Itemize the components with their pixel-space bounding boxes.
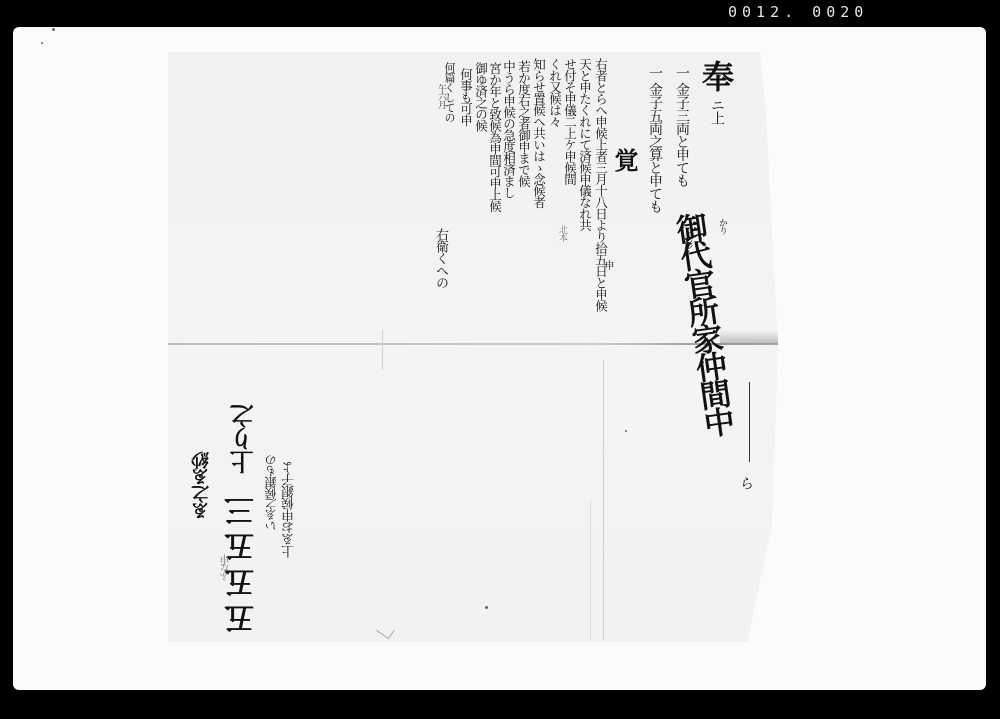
vertical-crease (590, 500, 591, 640)
body-column-1: 右者とらへ申候上者三月十八日より拾五日と申候 (594, 58, 607, 311)
interlinear-note: 申 (602, 260, 612, 269)
body-column-5: 知らせ置候へ共いはゝ念候者 (532, 58, 545, 208)
inverted-large-column: 五五五三 (228, 490, 258, 634)
date-line: 午六月 (436, 84, 445, 108)
item-line-1: 一 金子三両と申ても (675, 66, 689, 186)
body-column-2: 天と申たくれにて済候申儀なれ共 (578, 58, 591, 231)
inverted-small-column: 上ゑお申候銀子よ (283, 462, 296, 558)
signature-tail: ら (739, 476, 753, 489)
signature-mark (749, 382, 750, 462)
body-column-10: 何事も可申 (459, 68, 472, 126)
addressee: 右衛くへの (434, 228, 447, 288)
inverted-small-column: いゑ之候銀もの (265, 455, 277, 532)
body-column-3: せ付そ申儀二上ケ申候間 (563, 58, 576, 185)
signature-note: 手形 (682, 232, 691, 248)
fold-shadow (720, 330, 778, 344)
signature-note: かり (717, 218, 726, 234)
body-column-4: くれ又候は々 (548, 58, 561, 127)
item-line-2: 一 金子五両之算と申ても (648, 66, 662, 212)
title-glyph: 奉 (700, 60, 732, 91)
inverted-side-signature: ゑ之ゑ紗 (193, 452, 211, 520)
body-column-7: 中うら申候の急度相済まし (502, 60, 515, 198)
vertical-crease (382, 330, 383, 370)
inverted-faint-column: ふな申 (222, 555, 232, 582)
interlinear-note: 北本 (557, 225, 566, 241)
body-column-6: 若か度右之者御申まで候 (517, 60, 530, 187)
microfilm-frame-number: 0012. 0020 (728, 3, 868, 21)
vertical-crease (603, 360, 604, 640)
body-column-9: 御ゆ済之の候 (474, 62, 487, 131)
heading-oboe: 覚 (612, 148, 636, 171)
body-column-8: 宮か年と致候為申間可申上候 (488, 62, 501, 212)
inverted-large-column: 上り之 (232, 405, 256, 474)
title-column-tail: ニ上 (710, 98, 724, 124)
